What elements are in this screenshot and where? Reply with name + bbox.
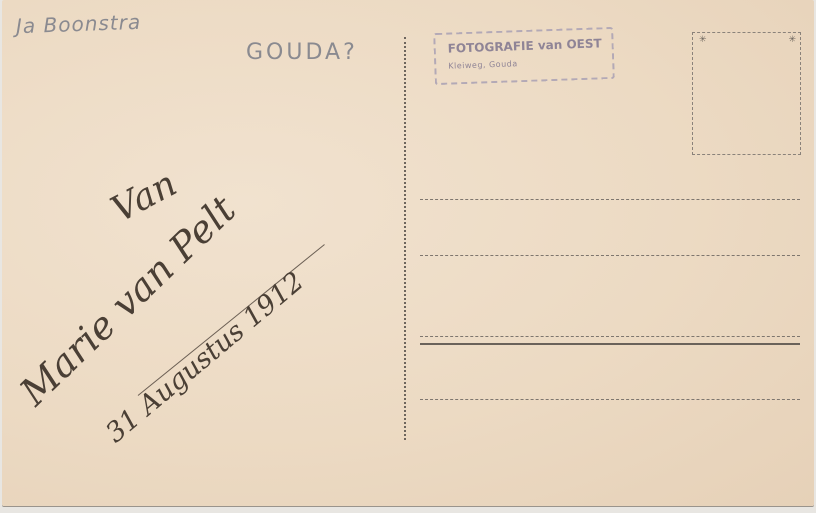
postcard-back: Ja Boonstra GOUDA? FOTOGRAFIE van OEST K… — [2, 0, 814, 506]
stamp-line-2: Kleiweg, Gouda — [448, 59, 518, 70]
pencil-note-name: Ja Boonstra — [16, 10, 142, 38]
postage-stamp-box: ✳ ✳ — [692, 32, 801, 155]
address-line-4 — [420, 343, 800, 345]
corner-mark-icon: ✳ — [788, 35, 796, 45]
address-line-2 — [420, 255, 800, 256]
vertical-divider — [404, 37, 406, 440]
address-line-5 — [420, 399, 800, 400]
address-line-1 — [420, 199, 800, 200]
handwritten-from: Van — [105, 163, 184, 231]
photographer-stamp: FOTOGRAFIE van OEST Kleiweg, Gouda — [433, 27, 615, 85]
pencil-note-place: GOUDA? — [246, 40, 358, 65]
corner-mark-icon: ✳ — [699, 35, 707, 45]
stamp-line-1: FOTOGRAFIE van OEST — [447, 36, 601, 55]
address-line-3 — [420, 336, 800, 337]
